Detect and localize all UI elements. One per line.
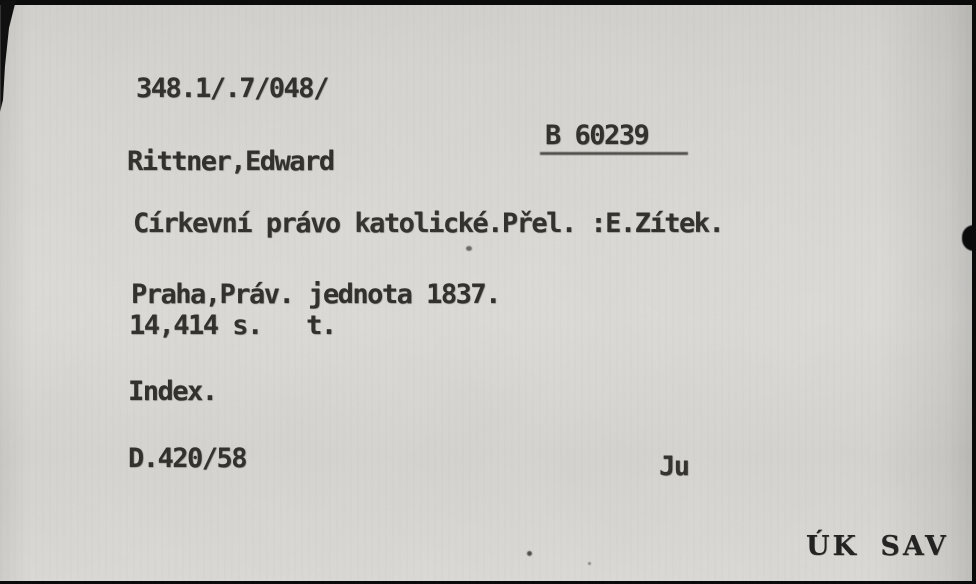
scan-corner-top-left: [0, 0, 20, 112]
scan-edge-top: [0, 0, 976, 5]
note-line: Index.: [128, 378, 217, 406]
author-line: Rittner,Edward: [127, 148, 334, 176]
collation-line: 14,414 s. t.: [129, 312, 336, 340]
catalog-card-scan: 348.1/.7/048/ B 60239 Rittner,Edward Cír…: [0, 0, 976, 584]
ink-speck: [466, 246, 472, 251]
classification-number: 348.1/.7/048/: [136, 75, 328, 103]
ink-speck: [527, 551, 532, 556]
scan-edge-blob: [962, 225, 974, 251]
signature-number: B 60239: [545, 122, 648, 150]
cataloguer-initials: Ju: [659, 453, 689, 481]
accession-number: D.420/58: [128, 445, 246, 473]
signature-underline: [540, 152, 688, 155]
title-line: Církevní právo katolické.Přel. :E.Zítek.: [133, 210, 723, 238]
ink-speck: [588, 562, 591, 565]
imprint-line: Praha,Práv. jednota 1837.: [131, 281, 500, 309]
library-stamp: ÚK SAV: [806, 533, 949, 560]
scan-edge-right: [972, 0, 976, 584]
